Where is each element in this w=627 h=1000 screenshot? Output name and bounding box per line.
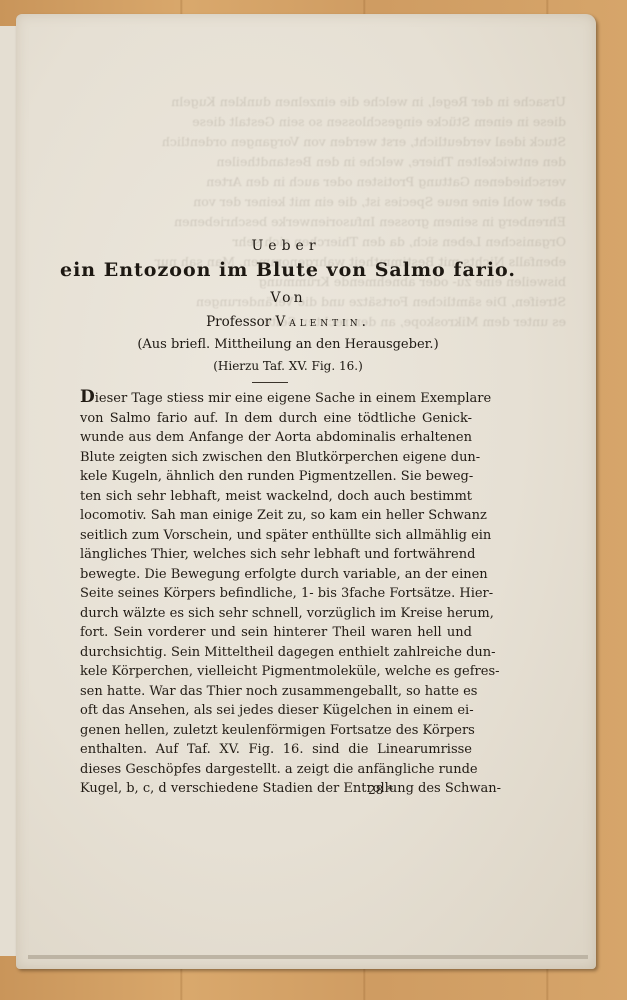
text-line: bewegte. Die Bewegung erfolgte durch var… [80,565,472,585]
title-block: Ueber ein Entozoon im Blute von Salmo fa… [16,236,596,383]
drop-cap: D [80,387,95,407]
text-line: locomotiv. Sah man einige Zeit zu, so ka… [80,506,472,526]
text-line: ten sich sehr lebhaft, meist wackelnd, d… [80,487,472,507]
text-line: sen hatte. War das Thier noch zusammenge… [80,682,472,702]
text-line: Dieser Tage stiess mir eine eigene Sache… [80,388,472,409]
text-line: von Salmo fario auf. In dem durch eine t… [80,409,472,429]
text-line: fort. Sein vorderer und sein hinterer Th… [80,623,472,643]
page-bottom-edge [28,955,588,959]
title-prefix: Ueber [0,236,596,256]
author-line: Professor Valentin. [0,310,596,334]
signature-mark: 28 * [368,783,393,797]
text-line: kele Körperchen, vielleicht Pigmentmolek… [80,662,472,682]
text-line: seitlich zum Vorschein, und später enthü… [80,526,472,546]
text-line: kele Kugeln, ähnlich den runden Pigmentz… [80,467,472,487]
text-line: dieses Geschöpfes dargestellt. a zeigt d… [80,760,472,780]
author-prefix: Professor [206,314,271,330]
title-divider [252,382,288,383]
text-line: Kugel, b, c, d verschiedene Stadien der … [80,779,472,799]
author-name: Valentin. [275,314,369,330]
body-paragraph: Dieser Tage stiess mir eine eigene Sache… [80,388,472,799]
byline-von: Von [0,286,596,310]
text-line: Seite seines Körpers befindliche, 1- bis… [80,584,472,604]
text-line: enthalten. Auf Taf. XV. Fig. 16. sind di… [80,740,472,760]
text-line: genen hellen, zuletzt keulenförmigen For… [80,721,472,741]
text-line: Blute zeigten sich zwischen den Blutkörp… [80,448,472,468]
text-line: durchsichtig. Sein Mitteltheil dagegen e… [80,643,472,663]
article-title: ein Entozoon im Blute von Salmo fario. [0,256,596,284]
source-note: (Aus briefl. Mittheilung an den Herausge… [0,334,596,356]
plate-reference: (Hierzu Taf. XV. Fig. 16.) [0,356,596,376]
text-line: längliches Thier, welches sich sehr lebh… [80,545,472,565]
text-line: wunde aus dem Anfange der Aorta abdomina… [80,428,472,448]
text-line: oft das Ansehen, als sei jedes dieser Kü… [80,701,472,721]
text-line: durch wälzte es sich sehr schnell, vorzü… [80,604,472,624]
